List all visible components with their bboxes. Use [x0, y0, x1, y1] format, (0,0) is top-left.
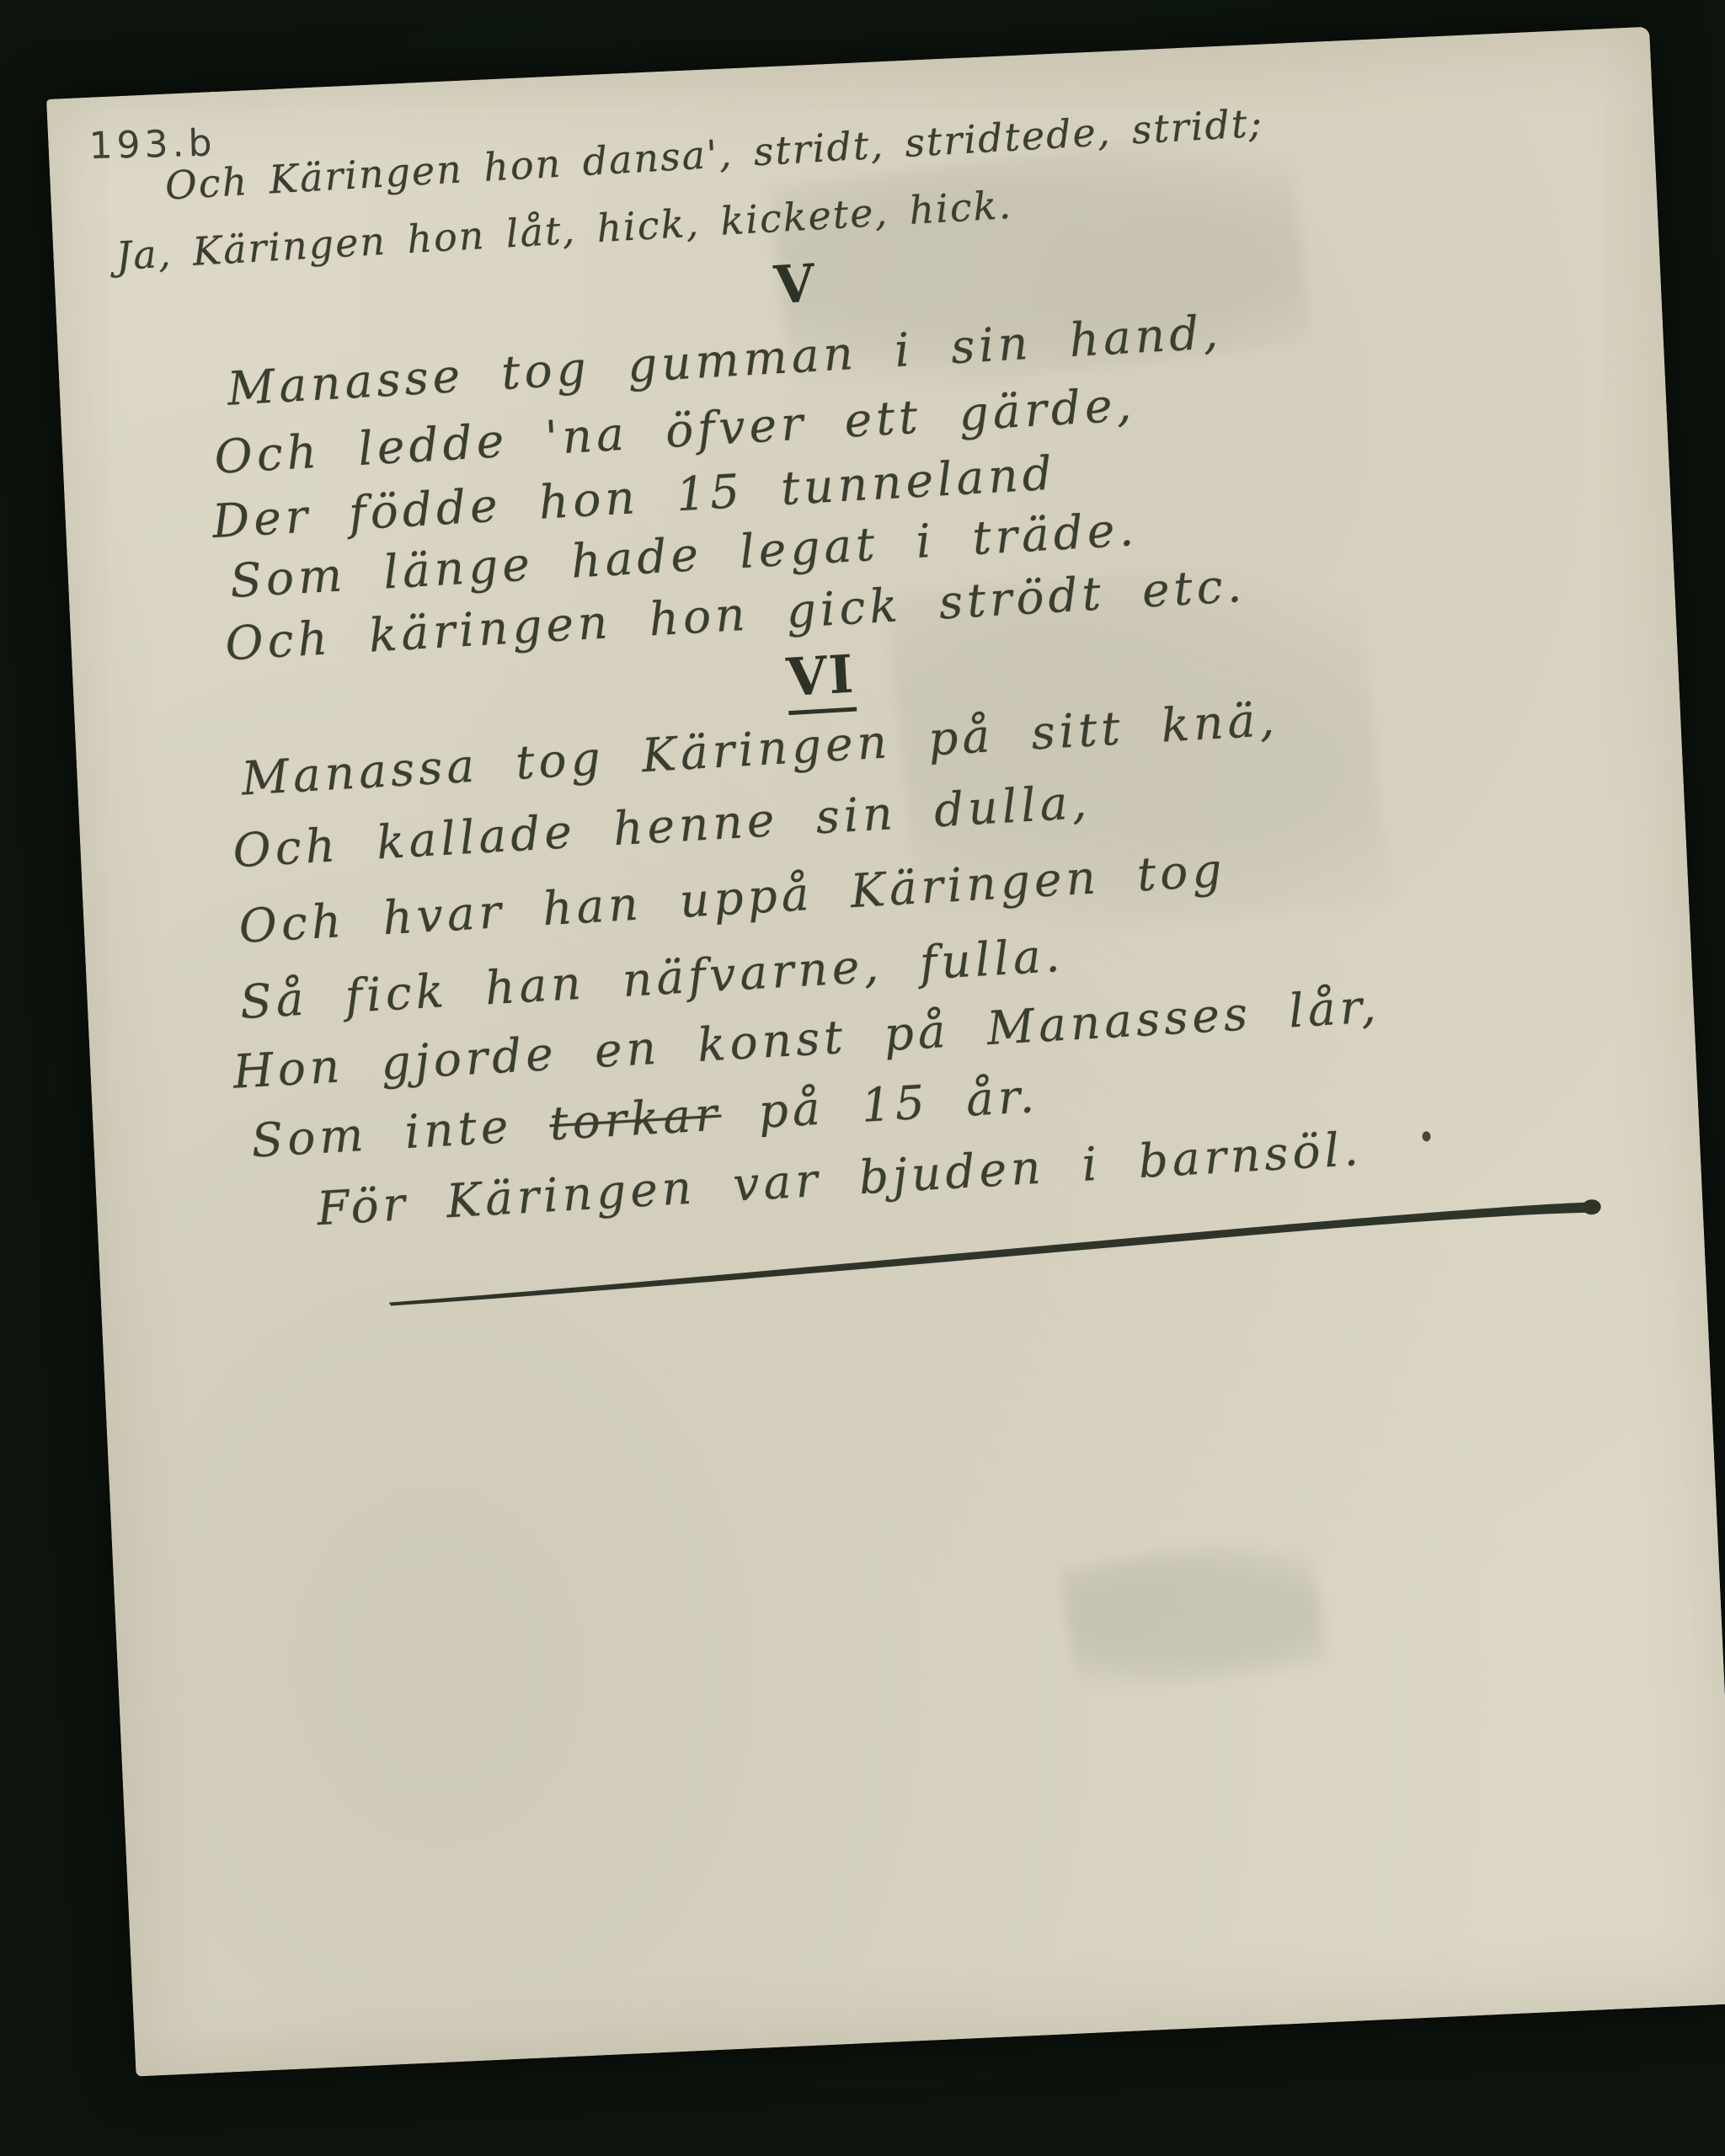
verse-line-segment: på 15 år. — [719, 1069, 1039, 1141]
photograph-background: 193.b Och Käringen hon dansa', stridt, s… — [0, 0, 1725, 2156]
struck-through-word: torkar — [548, 1087, 723, 1151]
lyrics-text: Och Käringen hon dansa', stridt, stridte… — [47, 17, 1725, 2085]
ink-blot — [1422, 1131, 1431, 1142]
verse-line: Manassa tog Käringen på sitt knä, — [240, 692, 1279, 806]
refrain-line: Och Käringen hon dansa', stridt, stridte… — [164, 100, 1265, 209]
verse-number-v: V — [772, 252, 818, 316]
verse-number-vi: VI — [785, 643, 857, 716]
manuscript-page: 193.b Och Käringen hon dansa', stridt, s… — [46, 27, 1725, 2077]
verse-line-segment: Som inte — [250, 1097, 552, 1167]
